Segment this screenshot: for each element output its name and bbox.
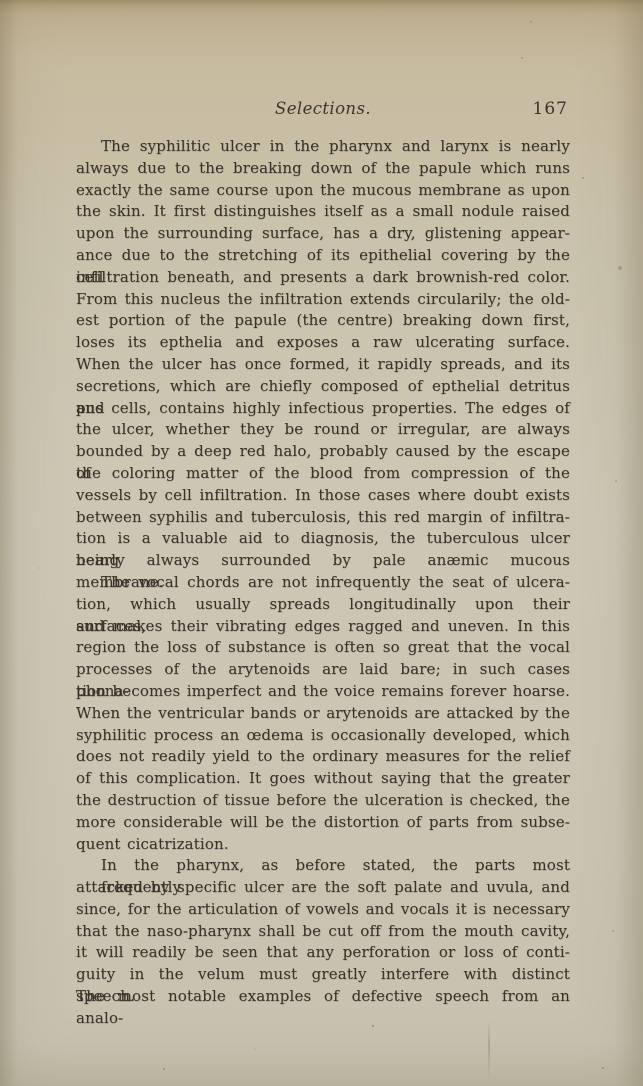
text-line: When the ventricular bands or arytenoids… xyxy=(76,703,570,725)
text-line: The syphilitic ulcer in the pharynx and … xyxy=(76,136,570,158)
text-line: infiltration beneath, and presents a dar… xyxy=(76,267,570,289)
scanned-book-page: Selections. 167 The syphilitic ulcer in … xyxy=(0,0,643,1086)
text-line: tion, which usually spreads longitudinal… xyxy=(76,594,570,616)
text-line: The vocal chords are not infrequently th… xyxy=(76,572,570,594)
text-line: does not readily yield to the ordinary m… xyxy=(76,746,570,768)
text-line: tion becomes imperfect and the voice rem… xyxy=(76,681,570,703)
page-number: 167 xyxy=(533,99,568,119)
text-line: ance due to the stretching of its epithe… xyxy=(76,245,570,267)
text-line: secretions, which are chiefly composed o… xyxy=(76,376,570,398)
text-line: upon the surrounding surface, has a dry,… xyxy=(76,223,570,245)
text-line: of this complication. It goes without sa… xyxy=(76,768,570,790)
text-line: quent cicatrization. xyxy=(76,834,570,856)
text-line: it will readily be seen that any perfora… xyxy=(76,942,570,964)
paper-foxing-specks xyxy=(0,0,4,4)
text-line: since, for the articulation of vowels an… xyxy=(76,899,570,921)
text-line: guity in the velum must greatly interfer… xyxy=(76,964,570,986)
text-line: the destruction of tissue before the ulc… xyxy=(76,790,570,812)
text-line: From this nucleus the infiltration exten… xyxy=(76,289,570,311)
paper-crease xyxy=(488,1020,490,1080)
text-line: When the ulcer has once formed, it rapid… xyxy=(76,354,570,376)
text-line: pus cells, contains highly infectious pr… xyxy=(76,398,570,420)
text-line: processes of the arytenoids are laid bar… xyxy=(76,659,570,681)
page-body: The syphilitic ulcer in the pharynx and … xyxy=(76,136,570,1008)
text-line: nearly always surrounded by pale anæmic … xyxy=(76,550,570,572)
text-line: the coloring matter of the blood from co… xyxy=(76,463,570,485)
text-line: exactly the same course upon the mucous … xyxy=(76,180,570,202)
text-line: attacked by specific ulcer are the soft … xyxy=(76,877,570,899)
text-line: vessels by cell infiltration. In those c… xyxy=(76,485,570,507)
running-head: Selections. 167 xyxy=(76,99,570,121)
text-line: The most notable examples of defective s… xyxy=(76,986,570,1008)
running-head-title: Selections. xyxy=(76,99,570,118)
text-line: In the pharynx, as before stated, the pa… xyxy=(76,855,570,877)
text-line: loses its epthelia and exposes a raw ulc… xyxy=(76,332,570,354)
text-line: between syphilis and tuberculosis, this … xyxy=(76,507,570,529)
text-line: the skin. It first distinguishes itself … xyxy=(76,201,570,223)
text-line: region the loss of substance is often so… xyxy=(76,637,570,659)
text-line: and makes their vibrating edges ragged a… xyxy=(76,616,570,638)
text-line: more considerable will be the distortion… xyxy=(76,812,570,834)
text-line: bounded by a deep red halo, probably cau… xyxy=(76,441,570,463)
text-line: always due to the breaking down of the p… xyxy=(76,158,570,180)
text-line: est portion of the papule (the centre) b… xyxy=(76,310,570,332)
text-line: syphilitic process an œdema is occasiona… xyxy=(76,725,570,747)
text-line: the ulcer, whether they be round or irre… xyxy=(76,419,570,441)
text-line: that the naso-pharynx shall be cut off f… xyxy=(76,921,570,943)
text-line: tion is a valuable aid to diagnosis, the… xyxy=(76,528,570,550)
